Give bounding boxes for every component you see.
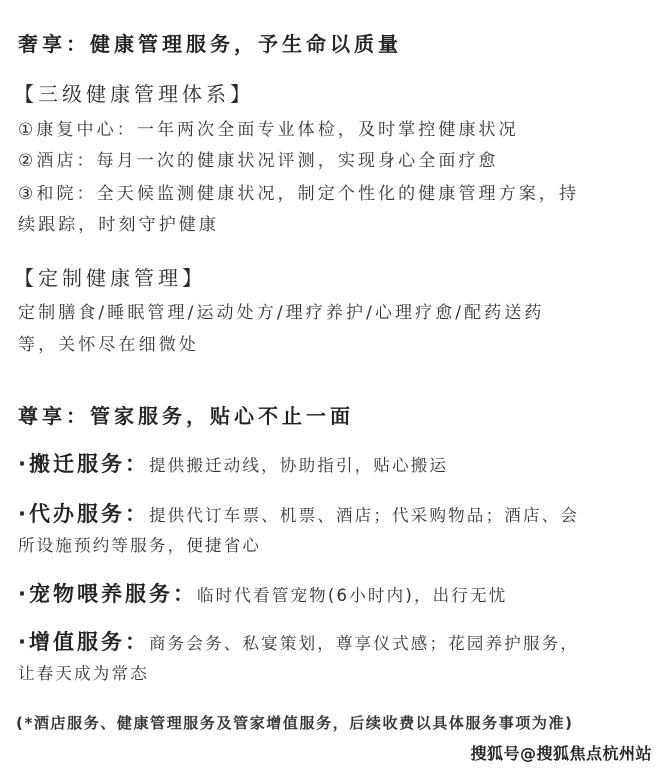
document-page: 奢享：健康管理服务，予生命以质量 【三级健康管理体系】 ①康复中心：一年两次全面… <box>0 0 660 772</box>
service-item-value-added: ·增值服务：商务会务、私宴策划，尊享仪式感；花园养护服务， <box>18 626 579 656</box>
service-item-errands: ·代办服务：提供代订车票、机票、酒店；代采购物品；酒店、会 <box>18 498 579 528</box>
list-item: ②酒店：每月一次的健康状况评测，实现身心全面疗愈 <box>18 146 499 171</box>
section-title-health: 奢享：健康管理服务，予生命以质量 <box>18 28 402 57</box>
list-item-continued: 续跟踪，时刻守护健康 <box>18 210 219 235</box>
subheading-three-level-system: 【三级健康管理体系】 <box>14 78 254 107</box>
paragraph-line: 等，关怀尽在细微处 <box>18 330 199 355</box>
list-item: ③和院：全天候监测健康状况，制定个性化的健康管理方案，持 <box>18 179 579 204</box>
service-item-pet-care: ·宠物喂养服务：临时代看管宠物(6小时内)，出行无忧 <box>18 578 507 608</box>
paragraph-line: 定制膳食/睡眠管理/运动处方/理疗养护/心理疗愈/配药送药 <box>18 298 545 323</box>
service-name: ·搬迁服务： <box>18 452 149 476</box>
subheading-custom-health: 【定制健康管理】 <box>14 262 206 291</box>
service-description: 商务会务、私宴策划，尊享仪式感；花园养护服务， <box>149 634 579 653</box>
service-description: 提供代订车票、机票、酒店；代采购物品；酒店、会 <box>149 506 579 525</box>
footnote: (*酒店服务、健康管理服务及管家增值服务，后续收费以具体服务事项为准) <box>16 712 574 733</box>
list-item: ①康复中心：一年两次全面专业体检，及时掌控健康状况 <box>18 115 519 140</box>
service-description-continued: 让春天成为常态 <box>18 660 149 684</box>
section-title-butler: 尊享：管家服务，贴心不止一面 <box>18 400 354 429</box>
service-name: ·宠物喂养服务： <box>18 582 197 606</box>
service-description: 提供搬迁动线，协助指引，贴心搬运 <box>149 456 448 475</box>
service-description-continued: 所设施预约等服务，便捷省心 <box>18 532 261 556</box>
service-item-moving: ·搬迁服务：提供搬迁动线，协助指引，贴心搬运 <box>18 448 448 478</box>
service-description: 临时代看管宠物(6小时内)，出行无忧 <box>197 586 507 605</box>
service-name: ·代办服务： <box>18 502 149 526</box>
service-name: ·增值服务： <box>18 630 149 654</box>
source-watermark: 搜狐号@搜狐焦点杭州站 <box>470 741 652 764</box>
